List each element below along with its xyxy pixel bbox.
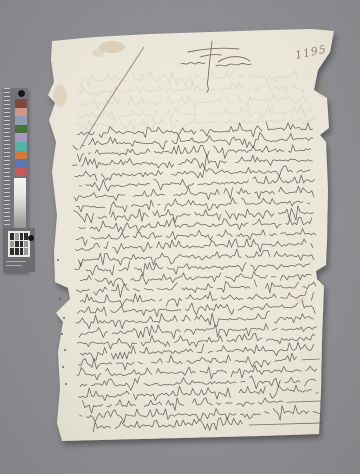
ink-speck [65, 383, 67, 385]
paper-stain [316, 79, 328, 97]
ink-speck [61, 333, 63, 335]
manuscript-photo: 1195 [0, 0, 360, 474]
paper-stain [295, 296, 305, 304]
ink-speck [59, 298, 61, 300]
ink-speck [63, 317, 65, 319]
ink-speck [62, 366, 64, 368]
paper-stain [92, 49, 104, 57]
ink-speck [57, 259, 59, 261]
ink-speck [64, 349, 66, 351]
paper-stain [53, 85, 67, 107]
photo-stage: 1195 [0, 0, 360, 474]
